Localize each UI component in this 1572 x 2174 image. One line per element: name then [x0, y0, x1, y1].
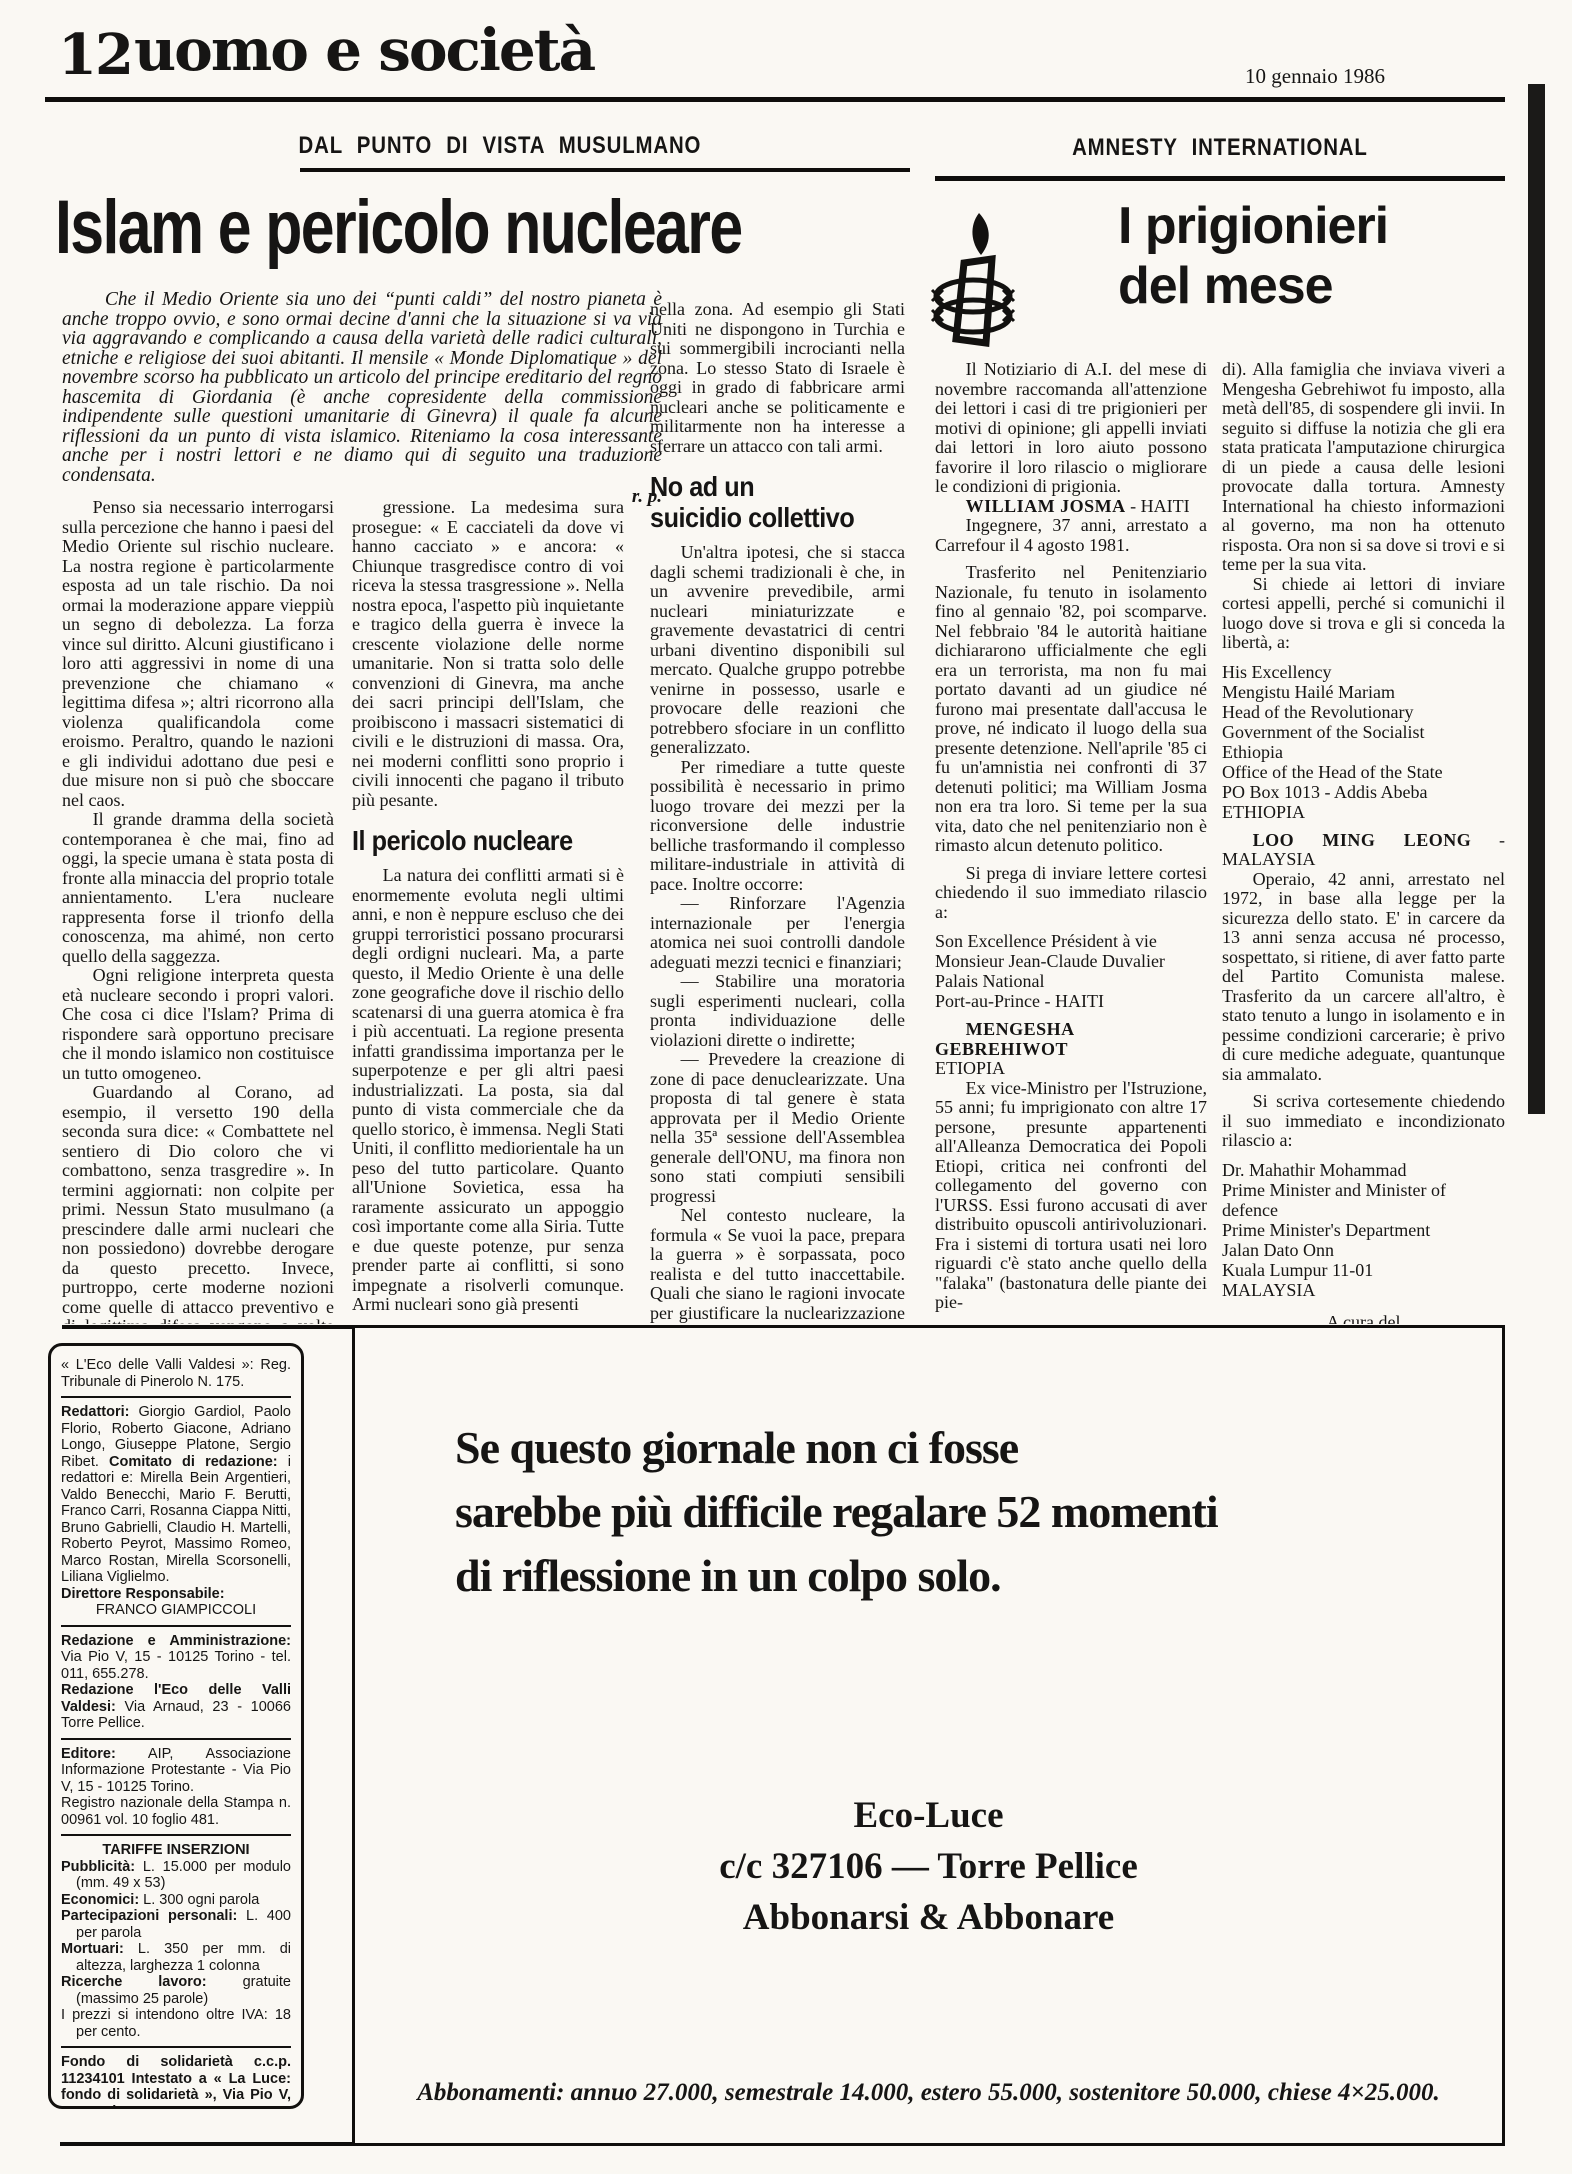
- local-newsroom-line: Redazione l'Eco delle Valli Valdesi: Via…: [61, 1682, 291, 1732]
- paragraph: Nel contesto nucleare, la formula « Se v…: [650, 1206, 905, 1324]
- divider: [61, 1625, 291, 1627]
- islam-column-2: gressione. La medesima sura prosegue: « …: [352, 498, 624, 1324]
- paragraph: Un'altra ipotesi, che si stacca dagli sc…: [650, 543, 905, 758]
- solidarity-fund-line: Fondo di solidarietà c.c.p. 11234101 Int…: [61, 2054, 291, 2109]
- ad-slogan: Se questo giornale non ci fosse sarebbe …: [455, 1416, 1495, 1608]
- article-divider-rule: [62, 1325, 354, 1329]
- director-label: Direttore Responsabile:: [61, 1586, 291, 1603]
- amnesty-candle-icon: [928, 210, 1018, 352]
- paragraph: Per rimediare a tutte queste possibilità…: [650, 758, 905, 895]
- editors-line: Redattori: Giorgio Gardiol, Paolo Florio…: [61, 1404, 291, 1586]
- address-mahathir: Dr. Mahathir Mohammad Prime Minister and…: [1222, 1160, 1505, 1300]
- islam-headline: Islam e pericolo nucleare: [55, 184, 742, 271]
- divider: [61, 2046, 291, 2048]
- address-duvalier: Son Excellence Président à vie Monsieur …: [935, 931, 1207, 1011]
- ad-payment-block: Eco-Luce c/c 327106 — Torre Pellice Abbo…: [355, 1790, 1502, 1943]
- rate-line: Ricerche lavoro: gratuite (massimo 25 pa…: [61, 1974, 291, 2007]
- rate-line: Mortuari: L. 350 per mm. di altezza, lar…: [61, 1941, 291, 1974]
- paragraph: La natura dei conflitti armati si è enor…: [352, 866, 624, 1315]
- ad-account-line: c/c 327106 — Torre Pellice: [355, 1841, 1502, 1892]
- registration-line: « L'Eco delle Valli Valdesi »: Reg. Trib…: [61, 1357, 291, 1390]
- amnesty-kicker-rule: [935, 176, 1505, 181]
- rate-line: Economici: L. 300 ogni parola: [61, 1892, 291, 1909]
- address-mengistu: His Excellency Mengistu Hailé Mariam Hea…: [1222, 662, 1505, 822]
- islam-column-1: Penso sia necessario interrogarsi sulla …: [62, 498, 334, 1324]
- amnesty-column-2: di). Alla famiglia che inviava viveri a …: [1222, 360, 1505, 1324]
- paragraph: Si scriva cortesemente chiedendo il suo …: [1222, 1092, 1505, 1151]
- divider: [61, 1834, 291, 1836]
- bottom-rule: [60, 2142, 352, 2146]
- masthead-box: « L'Eco delle Valli Valdesi »: Reg. Trib…: [48, 1343, 304, 2109]
- press-registry-line: Registro nazionale della Stampa n. 00961…: [61, 1795, 291, 1828]
- publisher-line: Editore: AIP, Associazione Informazione …: [61, 1746, 291, 1796]
- paragraph: gressione. La medesima sura prosegue: « …: [352, 498, 624, 810]
- amnesty-column-1: Il Notiziario di A.I. del mese di novemb…: [935, 360, 1207, 1324]
- page-date: 10 gennaio 1986: [1080, 64, 1385, 89]
- paragraph: di). Alla famiglia che inviava viveri a …: [1222, 360, 1505, 575]
- islam-kicker: DAL PUNTO DI VISTA MUSULMANO: [150, 132, 850, 160]
- section-nameplate: uomo e società: [134, 16, 594, 84]
- rate-line: Partecipazioni personali: L. 400 per par…: [61, 1908, 291, 1941]
- paragraph: — Prevedere la creazione di zone di pace…: [650, 1050, 905, 1206]
- ad-subscription-prices: Abbonamenti: annuo 27.000, semestrale 14…: [355, 2079, 1502, 2107]
- paragraph: Ex vice-Ministro per l'Istruzione, 55 an…: [935, 1079, 1207, 1313]
- islam-intro: Che il Medio Oriente sia uno dei “punti …: [62, 290, 662, 508]
- paragraph: Ogni religione interpreta questa età nuc…: [62, 966, 334, 1083]
- divider: [61, 1738, 291, 1740]
- header-rule: [45, 97, 1505, 102]
- paragraph: Si chiede ai lettori di inviare cortesi …: [1222, 575, 1505, 653]
- vat-note: I prezzi si intendono oltre IVA: 18 per …: [61, 2007, 291, 2040]
- paragraph: Trasferito nel Penitenziario Nazionale, …: [935, 563, 1207, 856]
- amnesty-kicker: AMNESTY INTERNATIONAL: [935, 134, 1505, 162]
- ad-cta-line: Abbonarsi & Abbonare: [355, 1892, 1502, 1943]
- subhead-il-pericolo-nucleare: Il pericolo nucleare: [352, 825, 597, 856]
- prisoner-heading-gebrehiwot: MENGESHA GEBREHIWOT ETIOPIA: [935, 1020, 1207, 1079]
- paragraph: — Stabilire una moratoria sugli esperime…: [650, 972, 905, 1050]
- divider: [61, 1396, 291, 1398]
- rates-title: TARIFFE INSERZIONI: [61, 1842, 291, 1859]
- islam-kicker-rule: [300, 168, 910, 172]
- rate-line: Pubblicità: L. 15.000 per modulo (mm. 49…: [61, 1859, 291, 1892]
- paragraph: Penso sia necessario interrogarsi sulla …: [62, 498, 334, 810]
- paragraph: Guardando al Corano, ad esempio, il vers…: [62, 1083, 334, 1324]
- paragraph: nella zona. Ad esempio gli Stati Uniti n…: [650, 300, 905, 456]
- newspaper-page: 12 uomo e società 10 gennaio 1986 DAL PU…: [0, 0, 1572, 2174]
- paragraph: Il grande dramma della società contempor…: [62, 810, 334, 966]
- subhead-no-suicidio-collettivo: No ad un suicidio collettivo: [650, 471, 880, 533]
- subscription-ad-box: Se questo giornale non ci fosse sarebbe …: [352, 1325, 1505, 2146]
- paragraph: Operaio, 42 anni, arrestato nel 1972, in…: [1222, 870, 1505, 1085]
- islam-column-3: nella zona. Ad esempio gli Stati Uniti n…: [650, 300, 905, 1324]
- prisoner-heading-josma: WILLIAM JOSMA - HAITI: [935, 497, 1207, 517]
- paragraph: — Rinforzare l'Agenzia internazionale pe…: [650, 894, 905, 972]
- amnesty-headline: I prigionieri del mese: [1118, 196, 1518, 316]
- administration-line: Redazione e Amministrazione: Via Pio V, …: [61, 1633, 291, 1683]
- paragraph: Si prega di inviare lettere cortesi chie…: [935, 864, 1207, 923]
- paragraph: Ingegnere, 37 anni, arrestato a Carrefou…: [935, 516, 1207, 555]
- page-number: 12: [58, 22, 132, 88]
- intro-paragraph: Che il Medio Oriente sia uno dei “punti …: [62, 290, 662, 485]
- prisoner-heading-loo-ming-leong: LOO MING LEONG - MALAYSIA: [1222, 831, 1505, 870]
- credit-block: A cura del « Gruppo Val Pellice di A.I. …: [1222, 1312, 1505, 1325]
- ad-paper-name: Eco-Luce: [355, 1790, 1502, 1841]
- director-name: FRANCO GIAMPICCOLI: [61, 1602, 291, 1619]
- paragraph: Il Notiziario di A.I. del mese di novemb…: [935, 360, 1207, 497]
- page-edge-bar: [1528, 84, 1545, 1114]
